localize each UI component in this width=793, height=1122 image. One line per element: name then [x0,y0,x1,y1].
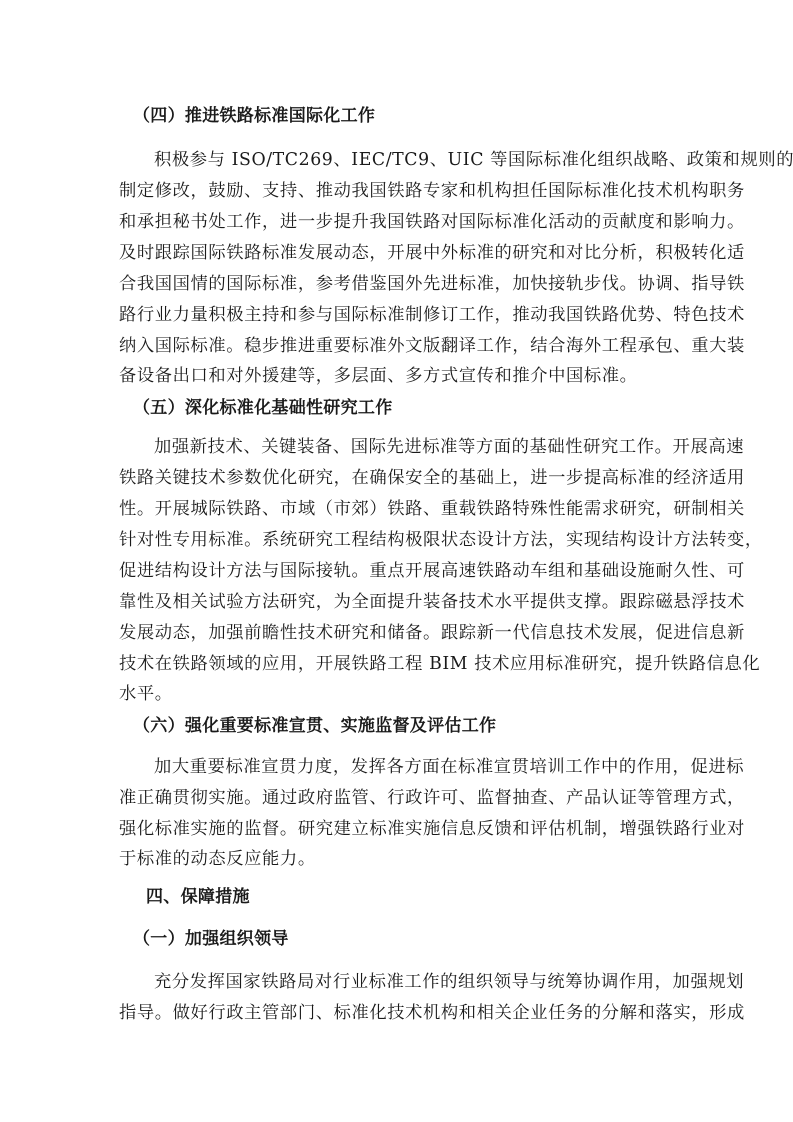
paragraph-line: 路行业力量积极主持和参与国际标准制修订工作，推动我国铁路优势、特色技术 [119,305,684,325]
section-heading-5-basic-research: （五）深化标准化基础性研究工作 [133,398,393,418]
paragraph-line: 加强新技术、关键装备、国际先进标准等方面的基础性研究工作。开展高速 [154,437,684,457]
paragraph-line: 积极参与 ISO/TC269、IEC/TC9、UIC 等国际标准化组织战略、政策… [154,150,684,170]
paragraph-line: 强化标准实施的监督。研究建立标准实施信息反馈和评估机制，增强铁路行业对 [119,819,684,839]
paragraph-line: 合我国国情的国际标准，参考借鉴国外先进标准，加快接轨步伐。协调、指导铁 [119,274,684,294]
paragraph-line: 和承担秘书处工作，进一步提升我国铁路对国际标准化活动的贡献度和影响力。 [119,212,684,232]
paragraph-line: 加大重要标准宣贯力度，发挥各方面在标准宣贯培训工作中的作用，促进标 [154,757,684,777]
section-heading-1-organizational-leadership: （一）加强组织领导 [133,929,289,949]
paragraph-line: 促进结构设计方法与国际接轨。重点开展高速铁路动车组和基础设施耐久性、可 [119,561,684,581]
paragraph-line: 针对性专用标准。系统研究工程结构极限状态设计方法，实现结构设计方法转变， [119,530,684,550]
paragraph-line: 铁路关键技术参数优化研究，在确保安全的基础上，进一步提高标准的经济适用 [119,468,684,488]
paragraph-line: 制定修改，鼓励、支持、推动我国铁路专家和机构担任国际标准化技术机构职务 [119,181,684,201]
paragraph-line: 发展动态，加强前瞻性技术研究和储备。跟踪新一代信息技术发展，促进信息新 [119,623,684,643]
paragraph-line: 备设备出口和对外援建等，多层面、多方式宣传和推介中国标准。 [119,366,684,386]
document-page: （四）推进铁路标准国际化工作 积极参与 ISO/TC269、IEC/TC9、UI… [0,0,793,1122]
paragraph-line: 及时跟踪国际铁路标准发展动态，开展中外标准的研究和对比分析，积极转化适 [119,243,684,263]
section-heading-4-internationalization: （四）推进铁路标准国际化工作 [133,106,375,126]
paragraph-line: 靠性及相关试验方法研究，为全面提升装备技术水平提供支撑。跟踪磁悬浮技术 [119,592,684,612]
paragraph-line: 充分发挥国家铁路局对行业标准工作的组织领导与统筹协调作用，加强规划 [154,972,684,992]
paragraph-line: 指导。做好行政主管部门、标准化技术机构和相关企业任务的分解和落实，形成 [119,1003,684,1023]
paragraph-line: 技术在铁路领域的应用，开展铁路工程 BIM 技术应用标准研究，提升铁路信息化 [119,654,684,674]
paragraph-line: 于标准的动态反应能力。 [119,849,684,869]
paragraph-line: 水平。 [119,684,684,704]
paragraph-line: 纳入国际标准。稳步推进重要标准外文版翻译工作，结合海外工程承包、重大装 [119,336,684,356]
paragraph-line: 性。开展城际铁路、市域（市郊）铁路、重载铁路特殊性能需求研究，研制相关 [119,499,684,519]
chapter-heading-safeguard-measures: 四、保障措施 [146,887,250,907]
paragraph-line: 准正确贯彻实施。通过政府监管、行政许可、监督抽查、产品认证等管理方式， [119,788,684,808]
section-heading-6-implementation-supervision: （六）强化重要标准宣贯、实施监督及评估工作 [133,716,496,736]
